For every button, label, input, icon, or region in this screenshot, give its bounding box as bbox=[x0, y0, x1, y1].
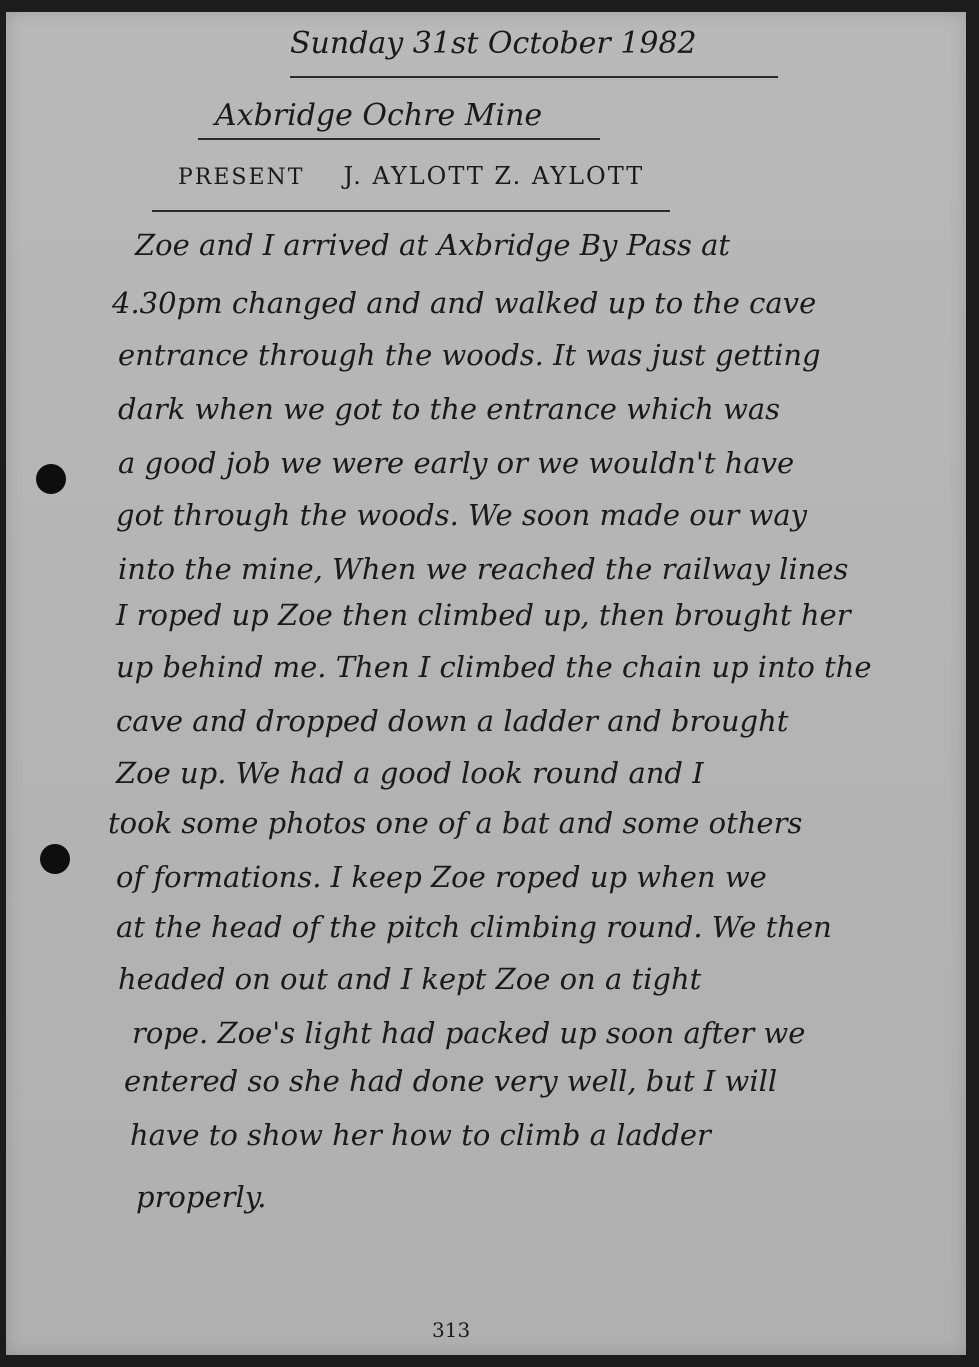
present-label: PRESENT bbox=[178, 165, 304, 190]
location-underline bbox=[198, 138, 600, 140]
body-line-5: a good job we were early or we wouldn't … bbox=[118, 446, 794, 480]
body-line-2: 4.30pm changed and and walked up to the … bbox=[112, 286, 816, 320]
punch-hole-top bbox=[36, 464, 66, 494]
body-line-6: got through the woods. We soon made our … bbox=[116, 498, 807, 532]
body-line-10: cave and dropped down a ladder and broug… bbox=[116, 704, 788, 738]
body-line-18: have to show her how to climb a ladder bbox=[130, 1118, 711, 1152]
body-line-9: up behind me. Then I climbed the chain u… bbox=[116, 650, 872, 684]
present-names: J. AYLOTT Z. AYLOTT bbox=[343, 162, 644, 190]
entry-date: Sunday 31st October 1982 bbox=[290, 26, 697, 61]
body-line-17: entered so she had done very well, but I… bbox=[124, 1064, 777, 1098]
page-number: 313 bbox=[432, 1318, 470, 1342]
body-line-15: headed on out and I kept Zoe on a tight bbox=[118, 962, 701, 996]
body-line-8: I roped up Zoe then climbed up, then bro… bbox=[116, 598, 851, 632]
present-underline bbox=[152, 210, 670, 212]
body-line-1: Zoe and I arrived at Axbridge By Pass at bbox=[135, 228, 730, 262]
body-line-13: of formations. I keep Zoe roped up when … bbox=[116, 860, 767, 894]
present-line: PRESENT J. AYLOTT Z. AYLOTT bbox=[178, 162, 644, 190]
body-line-11: Zoe up. We had a good look round and I bbox=[116, 756, 704, 790]
body-line-3: entrance through the woods. It was just … bbox=[118, 338, 821, 372]
punch-hole-bottom bbox=[40, 844, 70, 874]
body-line-7: into the mine, When we reached the railw… bbox=[118, 552, 848, 586]
body-line-4: dark when we got to the entrance which w… bbox=[118, 392, 780, 426]
body-line-19: properly. bbox=[136, 1180, 267, 1214]
entry-location: Axbridge Ochre Mine bbox=[215, 98, 542, 133]
body-line-12: took some photos one of a bat and some o… bbox=[108, 806, 802, 840]
date-underline bbox=[290, 76, 778, 78]
body-line-16: rope. Zoe's light had packed up soon aft… bbox=[132, 1016, 805, 1050]
body-line-14: at the head of the pitch climbing round.… bbox=[116, 910, 832, 944]
